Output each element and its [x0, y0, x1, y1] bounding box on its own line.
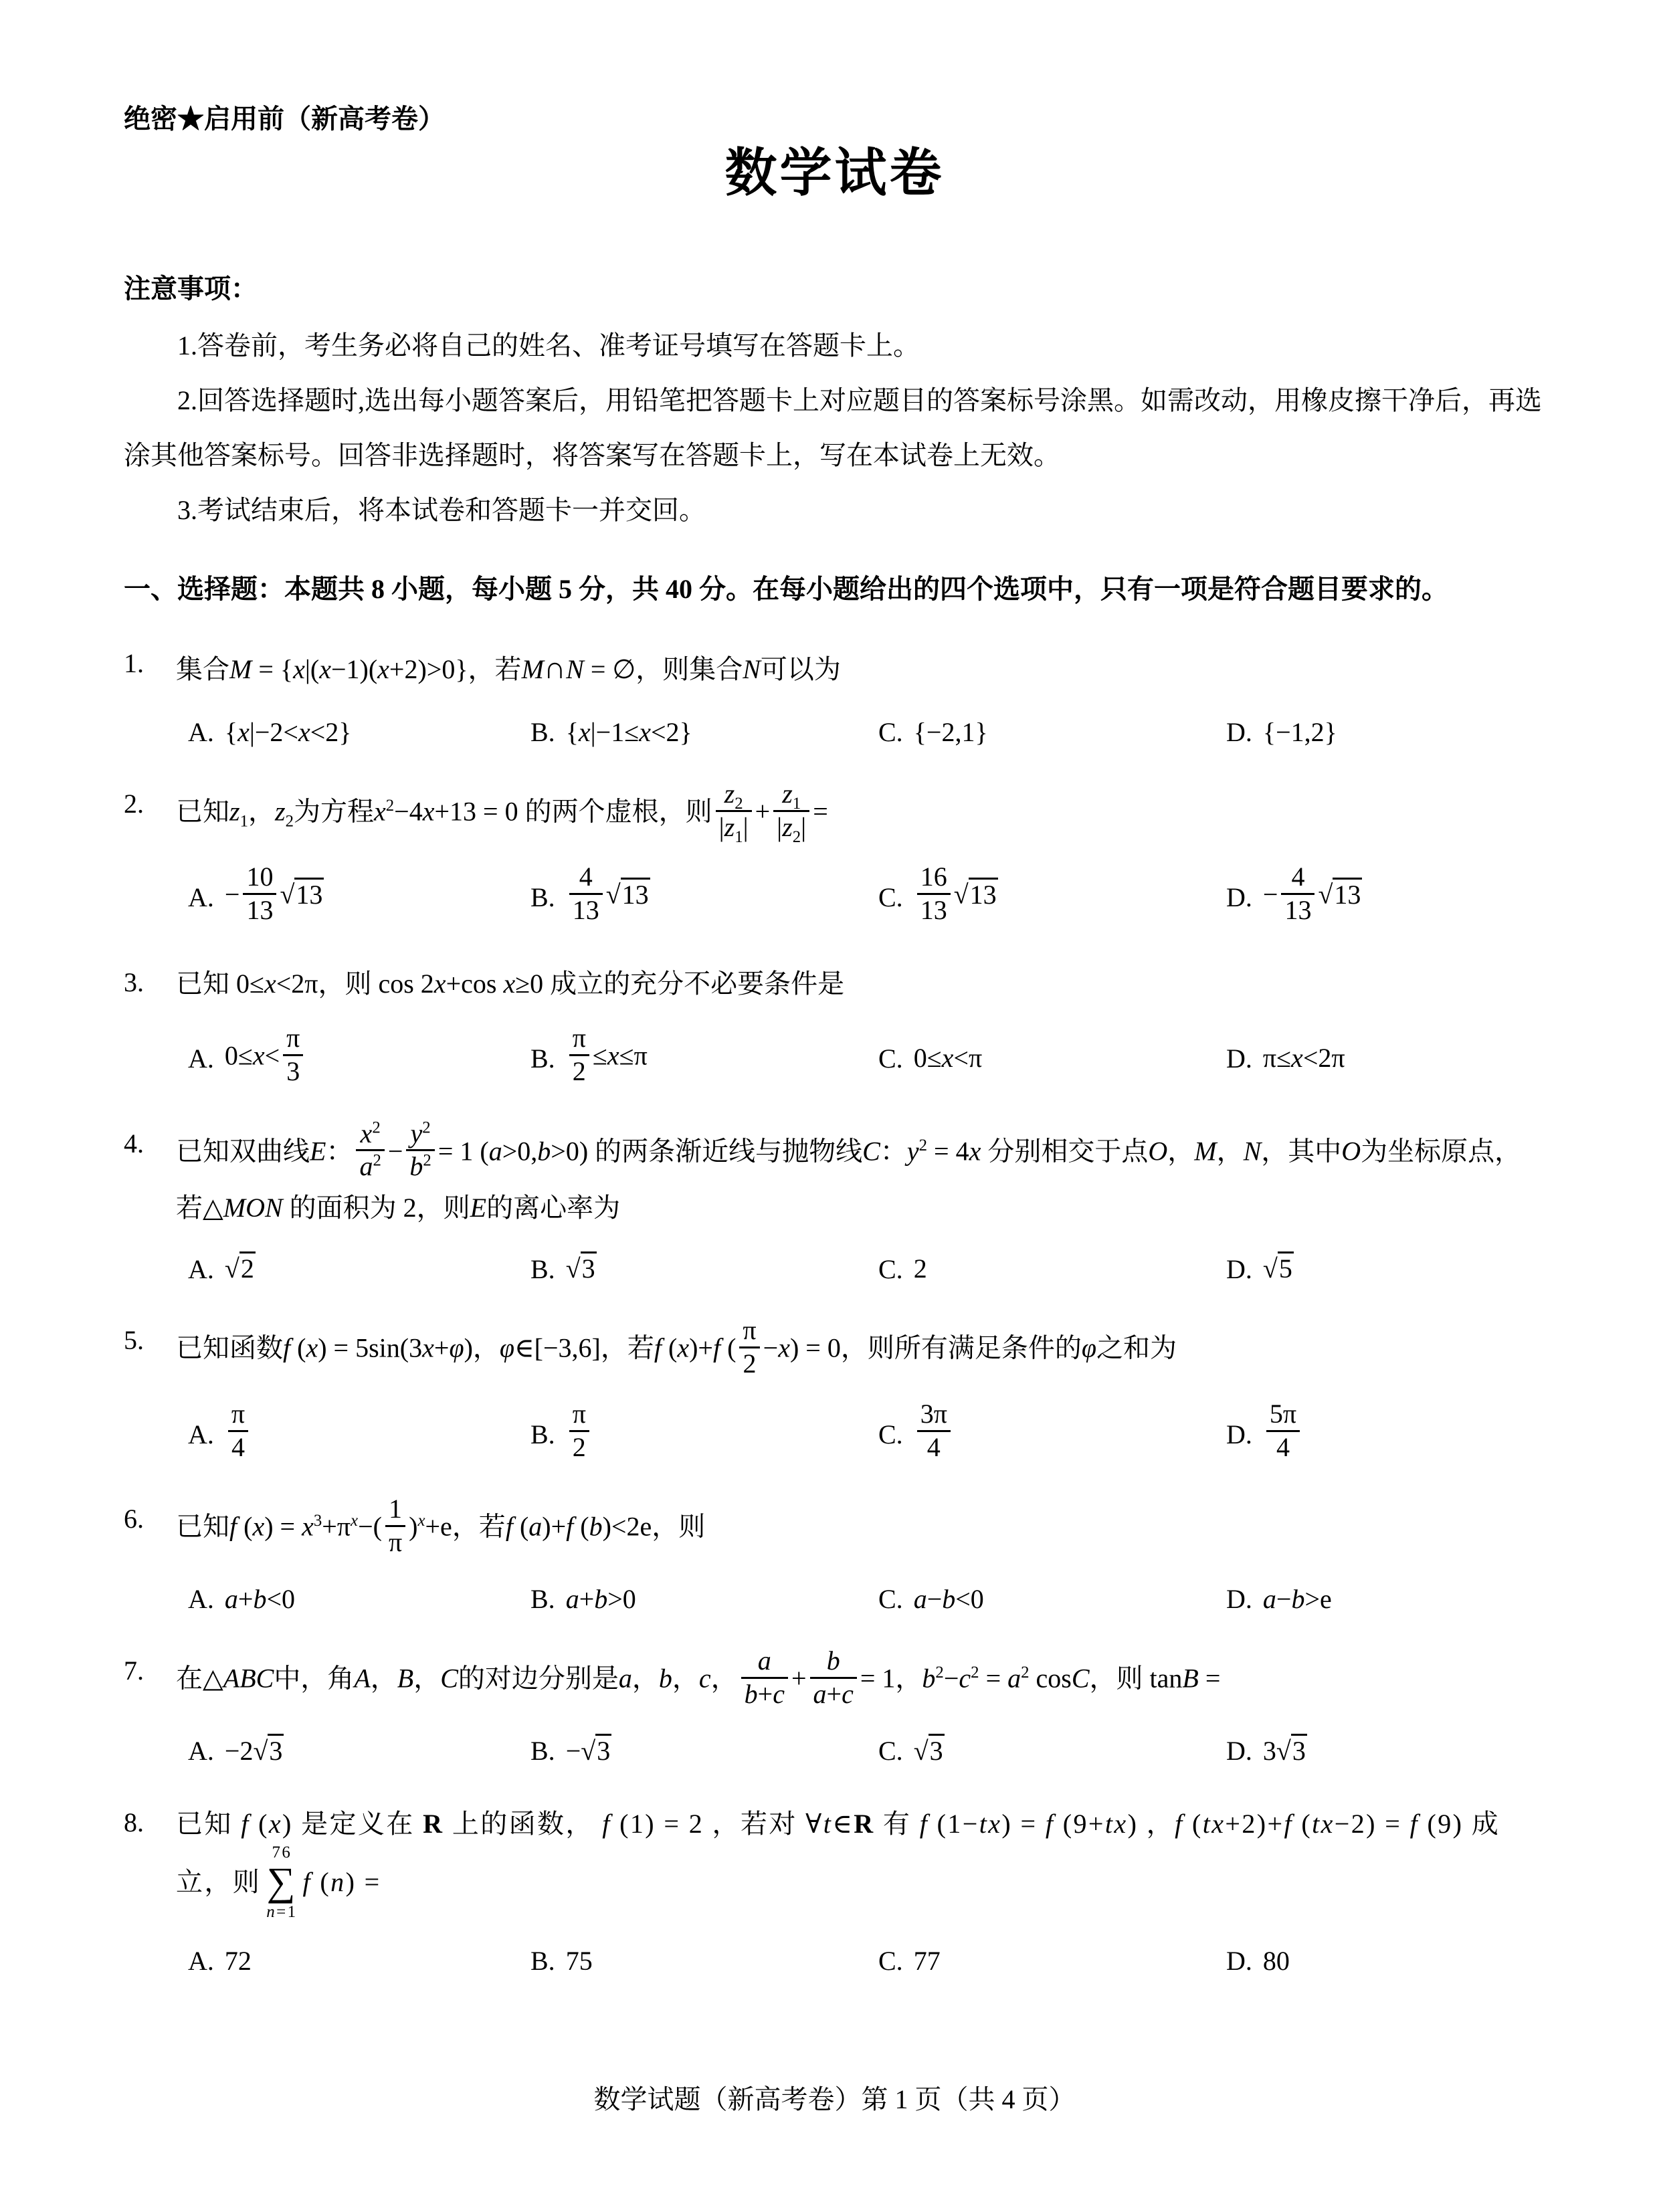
option-value: √2 — [225, 1251, 256, 1287]
option-label: A. — [188, 1735, 214, 1767]
option-d: D.π≤x<2π — [1226, 1040, 1545, 1076]
option-a: A.72 — [188, 1943, 530, 1979]
option-value: 1613√13 — [914, 866, 998, 929]
question-5: 5. 已知函数f (x) = 5sin(3x+φ)，φ∈[−3,6]，若f (x… — [124, 1319, 1545, 1466]
option-value: {x|−1≤x<2} — [566, 714, 692, 750]
option-label: D. — [1226, 1253, 1252, 1285]
options-row: A.0≤x<π3 B.π2≤x≤π C.0≤x<π D.π≤x<2π — [176, 1027, 1545, 1090]
question-number: 4. — [124, 1122, 176, 1288]
option-value: a+b<0 — [225, 1581, 295, 1617]
question-number: 7. — [124, 1649, 176, 1769]
option-a: A.√2 — [188, 1251, 530, 1287]
option-label: A. — [188, 1043, 214, 1074]
option-c: C.√3 — [878, 1733, 1226, 1769]
option-c: C.{−2,1} — [878, 714, 1226, 750]
options-row: A.a+b<0 B.a+b>0 C.a−b<0 D.a−b>e — [176, 1581, 1545, 1617]
options-row: A.√2 B.√3 C.2 D.√5 — [176, 1251, 1545, 1287]
option-value: 3π4 — [914, 1403, 954, 1466]
option-label: C. — [878, 1043, 903, 1074]
option-value: 80 — [1263, 1943, 1290, 1979]
option-value: −2√3 — [225, 1733, 284, 1769]
question-4: 4. 已知双曲线E：x2a2−y2b2= 1 (a>0,b>0) 的两条渐近线与… — [124, 1122, 1545, 1288]
option-label: D. — [1226, 1735, 1252, 1767]
option-label: A. — [188, 1253, 214, 1285]
notes-block: 注意事项： 1.答卷前，考生务必将自己的姓名、准考证号填写在答题卡上。 2.回答… — [124, 269, 1545, 538]
question-number: 8. — [124, 1801, 176, 1979]
option-b: B.a+b>0 — [530, 1581, 878, 1617]
option-value: π2≤x≤π — [566, 1027, 648, 1090]
option-label: B. — [530, 1253, 555, 1285]
option-label: A. — [188, 882, 214, 913]
option-value: π≤x<2π — [1263, 1040, 1345, 1076]
option-label: B. — [530, 1735, 555, 1767]
page-footer: 数学试题（新高考卷）第 1 页（共 4 页） — [124, 2041, 1545, 2118]
option-label: D. — [1226, 1043, 1252, 1074]
options-row: A.{x|−2<x<2} B.{x|−1≤x<2} C.{−2,1} D.{−1… — [176, 714, 1545, 750]
option-label: C. — [878, 1735, 903, 1767]
option-label: B. — [530, 1583, 555, 1615]
option-d: D.3√3 — [1226, 1733, 1545, 1769]
question-number: 5. — [124, 1319, 176, 1466]
option-a: A.a+b<0 — [188, 1581, 530, 1617]
option-d: D.{−1,2} — [1226, 714, 1545, 750]
option-label: D. — [1226, 716, 1252, 748]
option-label: C. — [878, 716, 903, 748]
option-c: C.1613√13 — [878, 866, 1226, 929]
option-label: D. — [1226, 1583, 1252, 1615]
note-item: 2.回答选择题时,选出每小题答案后，用铅笔把答题卡上对应题目的答案标号涂黑。如需… — [124, 373, 1545, 483]
option-value: −√3 — [566, 1733, 612, 1769]
question-2: 2. 已知z1，z2为方程x2−4x+13 = 0 的两个虚根，则z2|z1|+… — [124, 783, 1545, 929]
classification-banner: 绝密★启用前（新高考卷） — [124, 100, 1545, 138]
page-title: 数学试卷 — [124, 142, 1545, 205]
option-value: 5π4 — [1263, 1403, 1303, 1466]
option-c: C.a−b<0 — [878, 1581, 1226, 1617]
notes-heading: 注意事项： — [124, 269, 1545, 309]
exam-page: { "colors": { "text": "#000000", "backgr… — [0, 0, 1659, 2212]
option-value: a−b>e — [1263, 1581, 1332, 1617]
option-label: D. — [1226, 882, 1252, 913]
option-a: A.−1013√13 — [188, 866, 530, 929]
option-label: C. — [878, 1253, 903, 1285]
option-d: D.−413√13 — [1226, 866, 1545, 929]
question-8: 8. 已知 f (x) 是定义在 R 上的函数， f (1) = 2 ，若对 ∀… — [124, 1801, 1545, 1979]
question-number: 1. — [124, 642, 176, 750]
option-label: D. — [1226, 1945, 1252, 1977]
option-label: A. — [188, 716, 214, 748]
options-row: A.−2√3 B.−√3 C.√3 D.3√3 — [176, 1733, 1545, 1769]
option-value: 0≤x<π3 — [225, 1027, 306, 1090]
question-stem: 集合M = {x|(x−1)(x+2)>0}，若M∩N = ∅，则集合N可以为 — [176, 642, 1545, 694]
option-value: {−1,2} — [1263, 714, 1337, 750]
option-label: C. — [878, 1583, 903, 1615]
option-a: A.{x|−2<x<2} — [188, 714, 530, 750]
option-b: B.75 — [530, 1943, 878, 1979]
option-value: 77 — [914, 1943, 941, 1979]
option-label: C. — [878, 1419, 903, 1450]
option-value: π4 — [225, 1403, 252, 1466]
question-stem: 已知f (x) = x3+πx−(1π)x+e，若f (a)+f (b)<2e，… — [176, 1498, 1545, 1561]
option-value: π2 — [566, 1403, 593, 1466]
option-label: C. — [878, 882, 903, 913]
question-number: 3. — [124, 961, 176, 1090]
option-d: D.√5 — [1226, 1251, 1545, 1287]
option-b: B.π2 — [530, 1403, 878, 1466]
option-value: 2 — [914, 1251, 927, 1287]
note-item: 1.答卷前，考生务必将自己的姓名、准考证号填写在答题卡上。 — [124, 318, 1545, 373]
option-value: 75 — [566, 1943, 593, 1979]
option-b: B.π2≤x≤π — [530, 1027, 878, 1090]
option-value: 413√13 — [566, 866, 650, 929]
question-stem: 已知函数f (x) = 5sin(3x+φ)，φ∈[−3,6]，若f (x)+f… — [176, 1319, 1545, 1383]
option-value: {x|−2<x<2} — [225, 714, 352, 750]
option-label: A. — [188, 1945, 214, 1977]
question-stem: 在△ABC中，角A，B，C的对边分别是a，b，c，ab+c+ba+c= 1，b2… — [176, 1649, 1545, 1713]
option-c: C.3π4 — [878, 1403, 1226, 1466]
option-value: 72 — [225, 1943, 252, 1979]
option-d: D.5π4 — [1226, 1403, 1545, 1466]
option-b: B.413√13 — [530, 866, 878, 929]
option-value: √3 — [566, 1251, 597, 1287]
question-3: 3. 已知 0≤x<2π，则 cos 2x+cos x≥0 成立的充分不必要条件… — [124, 961, 1545, 1090]
option-a: A.−2√3 — [188, 1733, 530, 1769]
option-value: −413√13 — [1263, 866, 1363, 929]
option-d: D.80 — [1226, 1943, 1545, 1979]
option-b: B.{x|−1≤x<2} — [530, 714, 878, 750]
option-label: A. — [188, 1583, 214, 1615]
option-label: A. — [188, 1419, 214, 1450]
question-7: 7. 在△ABC中，角A，B，C的对边分别是a，b，c，ab+c+ba+c= 1… — [124, 1649, 1545, 1769]
options-row: A.72 B.75 C.77 D.80 — [176, 1943, 1545, 1979]
option-label: B. — [530, 1043, 555, 1074]
option-label: B. — [530, 1419, 555, 1450]
option-a: A.0≤x<π3 — [188, 1027, 530, 1090]
question-number: 6. — [124, 1498, 176, 1617]
question-stem: 已知双曲线E：x2a2−y2b2= 1 (a>0,b>0) 的两条渐近线与抛物线… — [176, 1122, 1545, 1231]
section-1-heading: 一、选择题：本题共 8 小题，每小题 5 分，共 40 分。在每小题给出的四个选… — [124, 569, 1545, 610]
option-c: C.77 — [878, 1943, 1226, 1979]
option-d: D.a−b>e — [1226, 1581, 1545, 1617]
option-label: D. — [1226, 1419, 1252, 1450]
option-b: B.√3 — [530, 1251, 878, 1287]
option-label: B. — [530, 882, 555, 913]
option-value: √5 — [1263, 1251, 1294, 1287]
options-row: A.π4 B.π2 C.3π4 D.5π4 — [176, 1403, 1545, 1466]
question-1: 1. 集合M = {x|(x−1)(x+2)>0}，若M∩N = ∅，则集合N可… — [124, 642, 1545, 750]
option-a: A.π4 — [188, 1403, 530, 1466]
option-c: C.0≤x<π — [878, 1040, 1226, 1076]
option-label: B. — [530, 1945, 555, 1977]
question-stem: 已知 f (x) 是定义在 R 上的函数， f (1) = 2 ，若对 ∀t∈R… — [176, 1801, 1545, 1923]
option-value: −1013√13 — [225, 866, 324, 929]
question-stem: 已知 0≤x<2π，则 cos 2x+cos x≥0 成立的充分不必要条件是 — [176, 961, 1545, 1007]
question-6: 6. 已知f (x) = x3+πx−(1π)x+e，若f (a)+f (b)<… — [124, 1498, 1545, 1617]
option-value: √3 — [914, 1733, 945, 1769]
option-value: {−2,1} — [914, 714, 988, 750]
question-number: 2. — [124, 783, 176, 929]
note-item: 3.考试结束后，将本试卷和答题卡一并交回。 — [124, 483, 1545, 538]
option-value: 3√3 — [1263, 1733, 1307, 1769]
option-c: C.2 — [878, 1251, 1226, 1287]
option-label: C. — [878, 1945, 903, 1977]
option-value: 0≤x<π — [914, 1040, 982, 1076]
options-row: A.−1013√13 B.413√13 C.1613√13 D.−413√13 — [176, 866, 1545, 929]
option-value: a−b<0 — [914, 1581, 984, 1617]
question-stem: 已知z1，z2为方程x2−4x+13 = 0 的两个虚根，则z2|z1|+z1|… — [176, 783, 1545, 846]
option-value: a+b>0 — [566, 1581, 636, 1617]
option-b: B.−√3 — [530, 1733, 878, 1769]
option-label: B. — [530, 716, 555, 748]
